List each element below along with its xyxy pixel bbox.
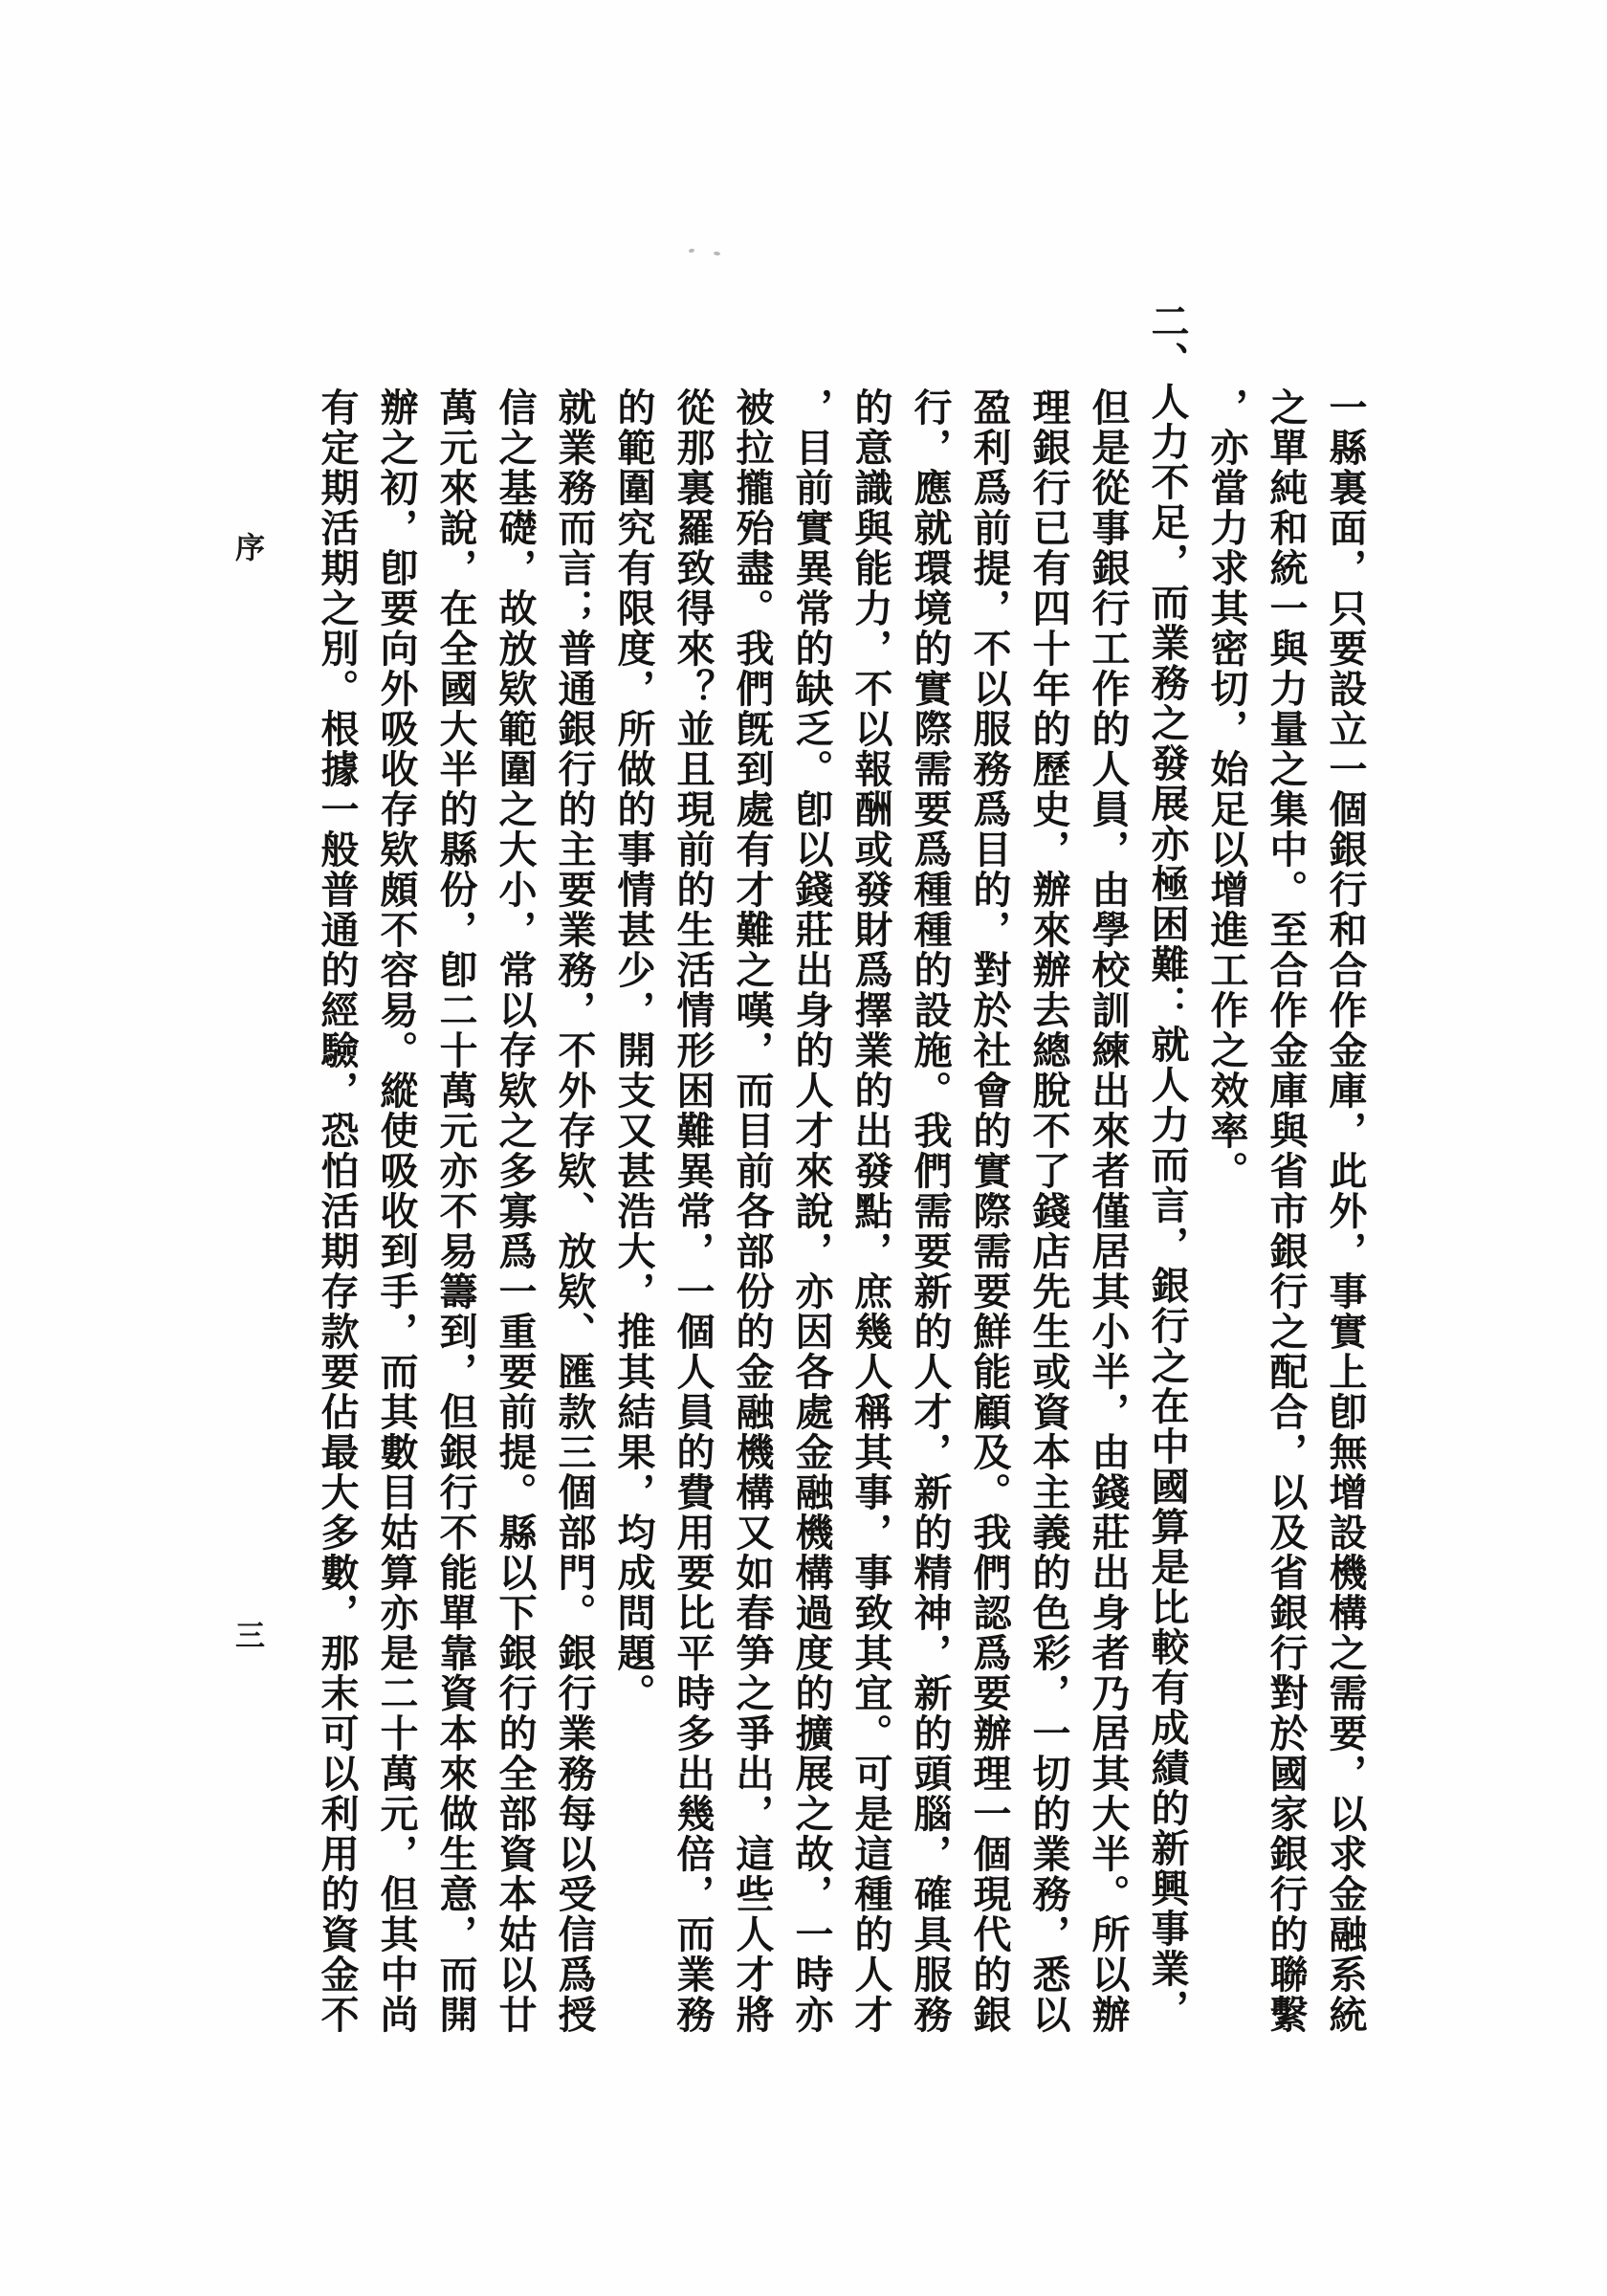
text-column-item-2: 二、人力不足，而業務之發展亦極困難：就人力而言，銀行之在中國算是比較有成績的新興… — [1137, 301, 1197, 2100]
text-column: 的意識與能力，不以報酬或發財爲擇業的出發點，庶幾人稱其事，事致其宜。可是這種的人… — [841, 387, 900, 2090]
text-column: ，目前實異常的缺乏。卽以錢莊出身的人才來說，亦因各處金融機構過度的擴展之故，一時… — [781, 387, 841, 2090]
scanned-book-page: 序 一縣裏面，只要設立一個銀行和合作金庫，此外，事實上卽無增設機構之需要，以求金… — [0, 0, 1607, 2296]
text-column: 就業務而言；普通銀行的主要業務，不外存欵、放欵、匯款三個部門。銀行業務每以受信爲… — [544, 387, 604, 2090]
text-column: 信之基礎，故放欵範圍之大小，常以存欵之多寡爲一重要前提。縣以下銀行的全部資本姑以… — [485, 387, 544, 2090]
text-column: 被拉攏殆盡。我們旣到處有才難之嘆，而目前各部份的金融機構又如春笋之爭出，這些人才… — [722, 387, 781, 2090]
text-column: ，亦當力求其密切，始足以增進工作之效率。 — [1197, 387, 1256, 2090]
text-column: 之單純和統一與力量之集中。至合作金庫與省市銀行之配合，以及省銀行對於國家銀行的聯… — [1256, 387, 1315, 2090]
text-column: 但是從事銀行工作的人員，由學校訓練出來者僅居其小半，由錢莊出身者乃居其大半。所以… — [1078, 387, 1137, 2090]
text-column: 從那裏羅致得來？並且現前的生活情形困難異常，一個人員的費用要比平時多出幾倍，而業… — [663, 387, 722, 2090]
chapter-header: 序 — [231, 532, 263, 562]
text-column: 萬元來說，在全國大半的縣份，卽二十萬元亦不易籌到，但銀行不能單靠資本來做生意，而… — [426, 387, 485, 2090]
text-column: 行，應就環境的實際需要爲種種的設施。我們需要新的人才，新的精神，新的頭腦，確具服… — [900, 387, 959, 2090]
ink-smudge — [689, 248, 695, 253]
text-column: 理銀行已有四十年的歷史，辦來辦去總脫不了錢店先生或資本主義的色彩，一切的業務，悉… — [1019, 387, 1078, 2090]
body-text-block: 一縣裏面，只要設立一個銀行和合作金庫，此外，事實上卽無增設機構之需要，以求金融系… — [307, 387, 1375, 2038]
ink-smudge — [714, 252, 720, 256]
page-number: 三 — [231, 1620, 263, 1649]
text-column: 盈利爲前提，不以服務爲目的，對於社會的實際需要鮮能顧及。我們認爲要辦理一個現代的… — [959, 387, 1019, 2090]
text-column: 有定期活期之別。根據一般普通的經驗，恐怕活期存款要佔最大多數，那末可以利用的資金… — [307, 387, 366, 2090]
text-column: 一縣裏面，只要設立一個銀行和合作金庫，此外，事實上卽無增設機構之需要，以求金融系… — [1315, 387, 1375, 2090]
text-column: 辦之初，卽要向外吸收存欵頗不容易。縱使吸收到手，而其數目姑算亦是二十萬元，但其中… — [366, 387, 426, 2090]
text-column: 的範圍究有限度，所做的事情甚少，開支又甚浩大，推其結果，均成問題。 — [604, 387, 663, 2090]
